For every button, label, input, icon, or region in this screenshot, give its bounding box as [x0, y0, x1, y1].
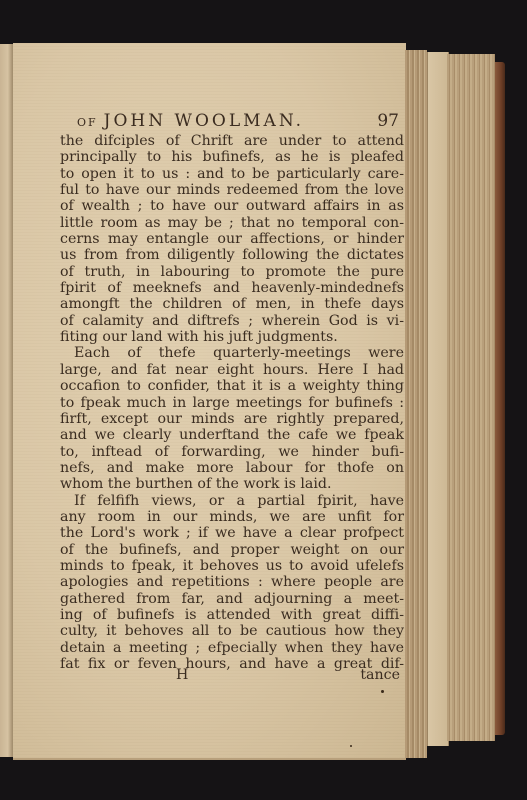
text-line: fiting our land with his juft judgments.	[60, 329, 404, 345]
text-line: large, and fat near eight hours. Here I …	[60, 362, 404, 378]
text-line: of truth, in labouring to promote the pu…	[60, 264, 404, 280]
text-line: us from from diligently following the di…	[60, 247, 404, 263]
page-edge-stack	[447, 54, 495, 741]
paragraph-start-line: If felfifh views, or a partial fpirit, h…	[60, 493, 404, 509]
text-line: of the bufinefs, and proper weight on ou…	[60, 542, 404, 558]
text-line: and we clearly underftand the cafe we fp…	[60, 427, 404, 443]
text-line: the difciples of Chrift are under to att…	[60, 133, 404, 149]
text-line: fpirit of meeknefs and heavenly-mindedne…	[60, 280, 404, 296]
page-number: 97	[377, 111, 399, 131]
text-line: firft, except our minds are rightly prep…	[60, 411, 404, 427]
body-text: the difciples of Chrift are under to att…	[60, 133, 404, 672]
page-edges	[405, 50, 505, 758]
facing-page-edge	[0, 44, 14, 757]
text-line: amongft the children of men, in thefe da…	[60, 296, 404, 312]
text-line: nefs, and make more labour for thofe on	[60, 460, 404, 476]
text-line: fat fix or feven hours, and have a great…	[60, 656, 404, 672]
running-head-title: JOHN WOOLMAN.	[104, 111, 304, 131]
text-line: to fpeak much in large meetings for bufi…	[60, 395, 404, 411]
text-line: principally to his bufinefs, as he is pl…	[60, 149, 404, 165]
text-line: any room in our minds, we are unfit for	[60, 509, 404, 525]
text-line: gathered from far, and adjourning a meet…	[60, 591, 404, 607]
text-line: whom the burthen of the work is laid.	[60, 476, 404, 492]
text-line: of wealth ; to have our outward affairs …	[60, 198, 404, 214]
text-line: minds to fpeak, it behoves us to avoid u…	[60, 558, 404, 574]
page-edge-stack	[427, 52, 449, 746]
text-line: to open it to us : and to be particularl…	[60, 166, 404, 182]
text-line: apologies and repetitions : where people…	[60, 574, 404, 590]
text-line: detain a meeting ; efpecially when they …	[60, 640, 404, 656]
text-line: occafion to confider, that it is a weigh…	[60, 378, 404, 394]
text-line: culty, it behoves all to be cautious how…	[60, 623, 404, 639]
signature-mark: H	[176, 667, 188, 683]
text-line: the Lord's work ; if we have a clear pro…	[60, 525, 404, 541]
paragraph-start-line: Each of thefe quarterly-meetings were	[60, 345, 404, 361]
book-scan: OFJOHN WOOLMAN. 97 the difciples of Chri…	[0, 0, 527, 800]
page-edge-stack	[405, 50, 427, 758]
book-cover-edge	[495, 62, 505, 735]
text-line: cerns may entangle our affections, or hi…	[60, 231, 404, 247]
text-line: to, inftead of forwarding, we hinder buf…	[60, 444, 404, 460]
catchword: tance	[360, 667, 400, 683]
paper-speck	[350, 745, 352, 747]
running-head: OFJOHN WOOLMAN. 97	[77, 111, 407, 131]
text-line: ful to have our minds redeemed from the …	[60, 182, 404, 198]
text-line: little room as may be ; that no temporal…	[60, 215, 404, 231]
paper-speck	[381, 690, 384, 693]
text-line: ing of bufinefs is attended with great d…	[60, 607, 404, 623]
running-head-prefix: OF	[77, 116, 98, 129]
text-line: of calamity and diftrefs ; wherein God i…	[60, 313, 404, 329]
